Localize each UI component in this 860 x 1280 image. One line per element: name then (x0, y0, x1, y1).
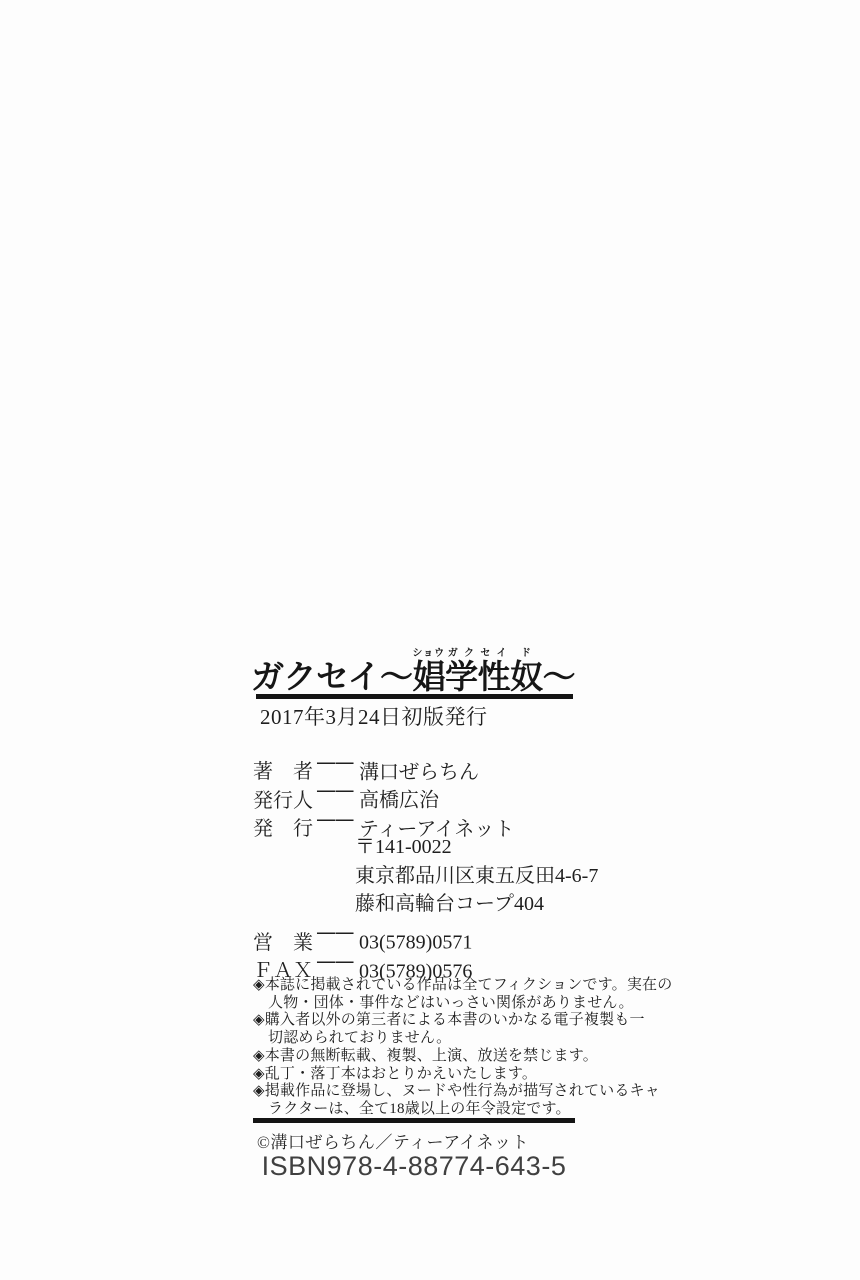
credit-separator: —— (316, 805, 359, 833)
title-kanji: 性 (478, 658, 511, 695)
edition-date: 2017年3月24日初版発行 (260, 701, 488, 731)
notice-line: ラクターは、全て18歳以上の年令設定です。 (253, 1101, 593, 1119)
divider-rule-bottom (253, 1118, 575, 1123)
notice-line: 切認められておりません。 (253, 1030, 593, 1048)
notice-line: ◈掲載作品に登場し、ヌードや性行為が描写されているキャ (253, 1083, 593, 1101)
colophon-page: ガクセイ～娼ショウ学ガク性セイ奴ド～ 2017年3月24日初版発行 著 者——溝… (0, 0, 860, 1280)
book-title-ruby: 娼ショウ学ガク性セイ奴ド (413, 658, 543, 695)
credit-row-publisher: 発 行——ティーアイネット (253, 805, 598, 833)
notice-line: 人物・団体・事件などはいっさい関係がありません。 (253, 995, 593, 1013)
publication-info: 著 者——溝口ぜらちん 発行人——高橋広治 発 行——ティーアイネット 〒141… (253, 748, 598, 975)
title-kanji: 娼 (412, 658, 445, 695)
title-furigana: ショウ (412, 648, 445, 659)
contact-separator: —— (316, 918, 359, 946)
address-line: 藤和高輪台コープ404 (253, 890, 598, 918)
book-title: ガクセイ～娼ショウ学ガク性セイ奴ド～ (251, 648, 575, 696)
copyright-line: ©溝口ぜらちん／ティーアイネット (257, 1128, 529, 1153)
credit-row-author: 著 者——溝口ぜらちん (253, 748, 598, 776)
book-title-suffix: ～ (543, 658, 576, 695)
notice-line: ◈本書の無断転載、複製、上演、放送を禁じます。 (253, 1048, 593, 1066)
credit-separator: —— (316, 776, 359, 804)
title-furigana: ド (510, 648, 543, 659)
book-title-prefix: ガクセイ～ (251, 658, 413, 695)
notice-line: ◈購入者以外の第三者による本書のいかなる電子複製も一 (253, 1012, 593, 1030)
title-kanji: 奴 (510, 658, 543, 695)
title-furigana: ガク (445, 648, 478, 659)
credit-label: 発 行 (253, 815, 316, 843)
notice-line: ◈本誌に掲載されている作品は全てフィクションです。実在の (253, 977, 593, 995)
address-line: 東京都品川区東五反田4-6-7 (253, 862, 598, 890)
credit-separator: —— (316, 748, 359, 776)
contact-separator: —— (316, 947, 359, 975)
notice-line: ◈乱丁・落丁本はおとりかえいたします。 (253, 1066, 593, 1084)
contact-row-fax: ＦＡＸ——03(5789)0576 (253, 947, 598, 975)
title-furigana: セイ (478, 648, 510, 659)
contact-row-sales: 営 業——03(5789)0571 (253, 918, 598, 946)
isbn: ISBN978-4-88774-643-5 (253, 1151, 575, 1182)
credit-row-issuer: 発行人——高橋広治 (253, 776, 598, 804)
legal-notices: ◈本誌に掲載されている作品は全てフィクションです。実在の 人物・団体・事件などは… (253, 977, 593, 1119)
divider-rule-top (256, 694, 573, 699)
title-kanji: 学 (445, 658, 478, 695)
